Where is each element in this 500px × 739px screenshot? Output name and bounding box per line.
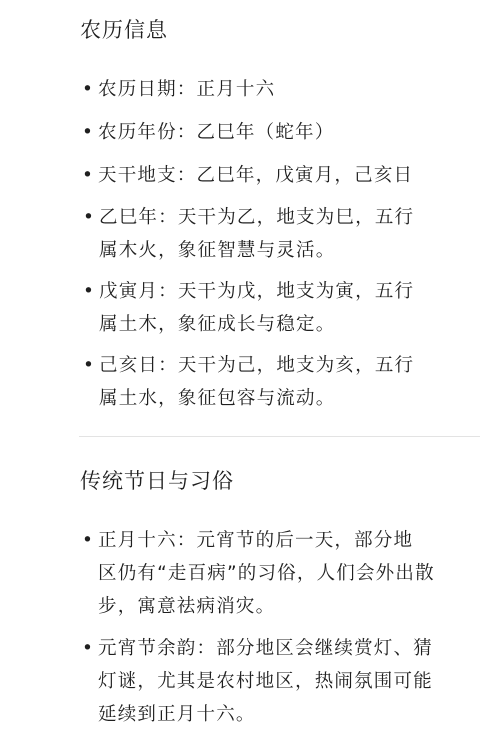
stems-branches-sublist: • 乙巳年：天干为乙，地支为巳，五行 属木火，象征智慧与灵活。 • 戊寅月：天干… (62, 201, 480, 423)
section-divider (79, 436, 480, 437)
item-text-line1: 天干为己，地支为亥，五行 (178, 355, 414, 376)
item-text-line1: 天干为乙，地支为巳，五行 (178, 207, 414, 228)
item-label: 乙巳年： (99, 207, 178, 228)
item-text: 乙巳年，戊寅月，己亥日 (197, 165, 414, 186)
item-text: 正月十六 (197, 79, 276, 100)
item-label: 戊寅月： (99, 281, 178, 302)
item-text-line1: 部分地区会继续赏灯、猜 (216, 638, 433, 659)
sublist-item-day: • 己亥日：天干为己，地支为亥，五行 属土水，象征包容与流动。 (62, 349, 480, 415)
festivals-list: • 正月十六：元宵节的后一天，部分地 区仍有“走百病”的习俗，人们会外出散 步，… (80, 524, 480, 739)
item-text-line2: 区仍有“走百病”的习俗，人们会外出散 (98, 557, 480, 590)
bullet-icon: • (82, 116, 94, 149)
lunar-info-list: • 农历日期：正月十六 • 农历年份：乙巳年（蛇年） • 天干地支：乙巳年，戊寅… (80, 73, 480, 202)
list-item-lunar-year: • 农历年份：乙巳年（蛇年） (80, 116, 480, 149)
item-text-line3: 延续到正月十六。 (98, 698, 480, 731)
item-text-line2: 属土木，象征成长与稳定。 (99, 308, 480, 341)
item-text-line2: 属土水，象征包容与流动。 (99, 382, 480, 415)
bullet-icon: • (83, 275, 95, 308)
item-text-line1: 元宵节的后一天，部分地 (197, 530, 414, 551)
item-label: 正月十六： (98, 530, 197, 551)
list-item-lantern-festival-aftermath: • 元宵节余韵：部分地区会继续赏灯、猜 灯谜，尤其是农村地区，热闹氛围可能 延续… (80, 632, 480, 731)
section-title-lunar-info: 农历信息 (80, 15, 168, 45)
bullet-icon: • (82, 524, 94, 557)
item-text-line2: 灯谜，尤其是农村地区，热闹氛围可能 (98, 665, 480, 698)
bullet-icon: • (82, 159, 94, 192)
item-text: 乙巳年（蛇年） (197, 122, 335, 143)
item-label: 天干地支： (98, 165, 197, 186)
bullet-icon: • (82, 632, 94, 665)
bullet-icon: • (82, 73, 94, 106)
item-text-line2: 属木火，象征智慧与灵活。 (99, 234, 480, 267)
bullet-icon: • (83, 349, 95, 382)
bullet-icon: • (83, 201, 95, 234)
list-item-lunar-date: • 农历日期：正月十六 (80, 73, 480, 106)
item-label: 农历年份： (98, 122, 197, 143)
item-text-line1: 天干为戊，地支为寅，五行 (178, 281, 414, 302)
section-title-festivals: 传统节日与习俗 (80, 466, 234, 496)
item-text-line3: 步，寓意祛病消灾。 (98, 590, 480, 623)
item-label: 元宵节余韵： (98, 638, 216, 659)
list-item-stems-branches: • 天干地支：乙巳年，戊寅月，己亥日 (80, 159, 480, 192)
item-label: 农历日期： (98, 79, 197, 100)
sublist-item-month: • 戊寅月：天干为戊，地支为寅，五行 属土木，象征成长与稳定。 (62, 275, 480, 341)
item-label: 己亥日： (99, 355, 178, 376)
sublist-item-year: • 乙巳年：天干为乙，地支为巳，五行 属木火，象征智慧与灵活。 (62, 201, 480, 267)
list-item-first-month-16th: • 正月十六：元宵节的后一天，部分地 区仍有“走百病”的习俗，人们会外出散 步，… (80, 524, 480, 623)
